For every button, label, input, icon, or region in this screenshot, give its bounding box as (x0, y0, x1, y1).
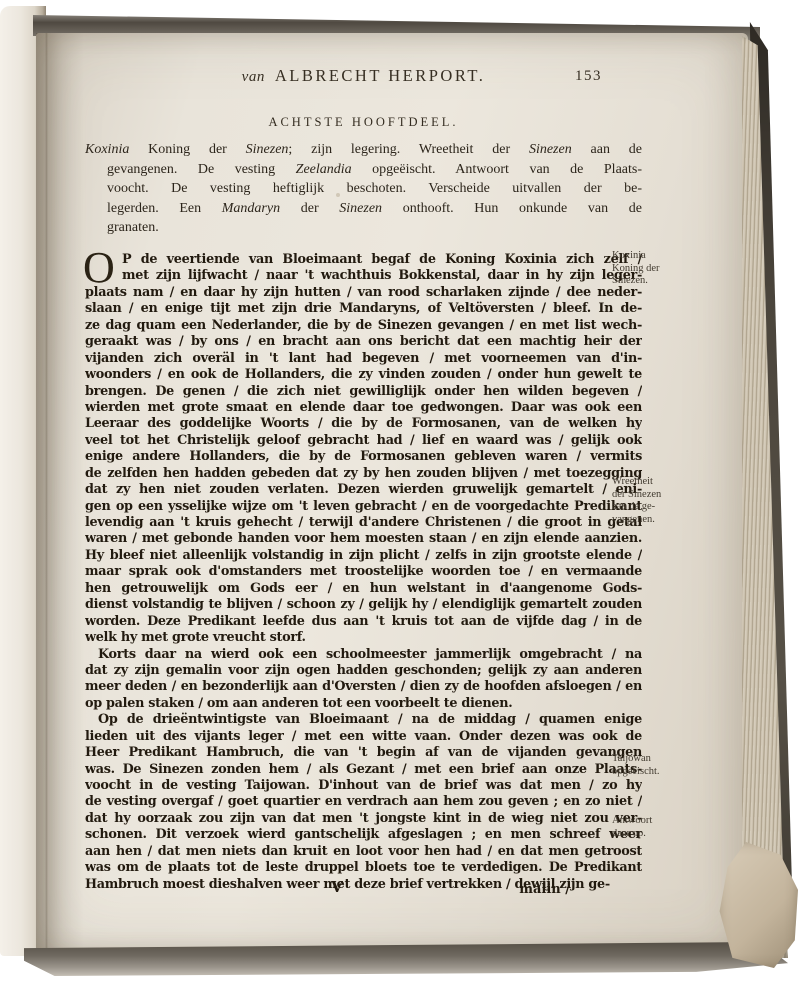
body-line: levendig aan 't kruis gehecht / terwijl … (85, 515, 642, 531)
body-line: wierden met grote smaat en elende daar t… (85, 400, 642, 416)
body-line: meer deden / en bezonderlijk aan d'Overs… (85, 679, 642, 695)
body-line: veel tot het Christelijk geloof gebracht… (85, 433, 642, 449)
body-line: brengen. De genen / die zich niet gewill… (85, 384, 642, 400)
body-line: was om de plaats tot de leste druppel bl… (85, 860, 642, 876)
header-title: ALBRECHT HERPORT. (275, 66, 486, 85)
body-line: Korts daar na wierd ook een schoolmeeste… (85, 647, 642, 663)
body-line: woonders / en ook de Hollanders, die zy … (85, 367, 642, 383)
margin-note-2: Wreetheit der Sinezen aan de ge- vangene… (612, 476, 702, 526)
body-line: dat zy zijn gemalin voor zijn ogen hadde… (85, 663, 642, 679)
body-text: O P de veertiende van Bloeimaant begaf d… (85, 252, 642, 893)
margin-note-1: Koxinia Koning der Sinezen. (612, 250, 702, 288)
body-line: maar sprak ook d'omstanders met troostel… (85, 564, 642, 580)
body-line: lieden uit des vijants leger / met een w… (85, 729, 642, 745)
body-line: ze dag quam een Nederlander, die by de S… (85, 318, 642, 334)
text-block: vanALBRECHT HERPORT. 153 ACHTSTE HOOFTDE… (85, 60, 642, 86)
body-line: slaan / en enige tijt met zijn drie Mand… (85, 301, 642, 317)
body-line: vijanden zich overäl in 't lant had bege… (85, 351, 642, 367)
body-line: dat zy hen niet zouden verlaten. Dezen w… (85, 482, 642, 498)
body-line: dienst volstandig te blijven / schoon zy… (85, 597, 642, 613)
body-line: op palen staken / om aan anderen tot een… (85, 696, 642, 712)
summary-line: Koxinia Koning der Sinezen; zijn legerin… (85, 140, 642, 160)
summary-paragraph: Koxinia Koning der Sinezen; zijn legerin… (85, 140, 642, 238)
page-number: 153 (575, 68, 602, 85)
body-line: dat hy oorzaak zou zijn van dat men 't j… (85, 811, 642, 827)
body-line: aan hen / dat men niets dan kruit en loo… (85, 844, 642, 860)
signature-mark: V (287, 878, 387, 896)
body-line: met zijn lijfwacht / naar 't wachthuis B… (85, 268, 642, 284)
catchword: malin / (415, 882, 570, 897)
body-line: Hy bleef niet alleenlijk volstandig in z… (85, 548, 642, 564)
body-line: welk hy met grote vreucht storf. (85, 630, 642, 646)
body-line: enige andere Hollanders, die by de Formo… (85, 449, 642, 465)
body-line: geraakt was / by ons / en bracht aan ons… (85, 334, 642, 350)
chapter-heading: ACHTSTE HOOFTDEEL. (85, 115, 642, 130)
body-line: voocht in de vesting Taijowan. D'inhout … (85, 778, 642, 794)
body-line: was. De Sinezen zonden hem / als Gezant … (85, 762, 642, 778)
body-line: de vesting overgaf / goet quartier en ve… (85, 794, 642, 810)
body-line: Op de drieëntwintigste van Bloeimaant / … (85, 712, 642, 728)
running-header: vanALBRECHT HERPORT. (85, 60, 642, 86)
body-line: waren / met gebonde handen voor hem moes… (85, 531, 642, 547)
summary-line: voocht. De vesting heftiglijk beschoten.… (85, 179, 642, 199)
summary-line: legerden. Een Mandaryn der Sinezen ontho… (85, 199, 642, 219)
body-line: schonen. Dit verzoek wierd gantschelijk … (85, 827, 642, 843)
header-prefix: van (242, 69, 265, 85)
summary-line: gevangenen. De vesting Zeelandia opgeëis… (85, 160, 642, 180)
body-line: gen op een ysselijke wijze om 't leven g… (85, 499, 642, 515)
margin-note-4: Antwoort daar op. (612, 815, 702, 840)
body-line: Leeraar des goddelijke Woorts / die by d… (85, 416, 642, 432)
body-line: P de veertiende van Bloeimaant begaf de … (85, 252, 642, 268)
body-line: de zelfden hen hadden gebeden dat zy by … (85, 466, 642, 482)
body-line: worden. Deze Predikant leefde dus aan 't… (85, 614, 642, 630)
body-line: plaats nam / en daar hy zijn hutten / va… (85, 285, 642, 301)
margin-note-3: Taijowan opgeëischt. (612, 753, 702, 778)
drop-cap: O (83, 248, 115, 288)
book-photo: vanALBRECHT HERPORT. 153 ACHTSTE HOOFTDE… (0, 0, 802, 1000)
body-line: Heer Predikant Hambruch, die van 't begi… (85, 745, 642, 761)
body-line: hen getrouwelijk om Gods eer / en hun we… (85, 581, 642, 597)
summary-line: granaten. (85, 218, 642, 238)
